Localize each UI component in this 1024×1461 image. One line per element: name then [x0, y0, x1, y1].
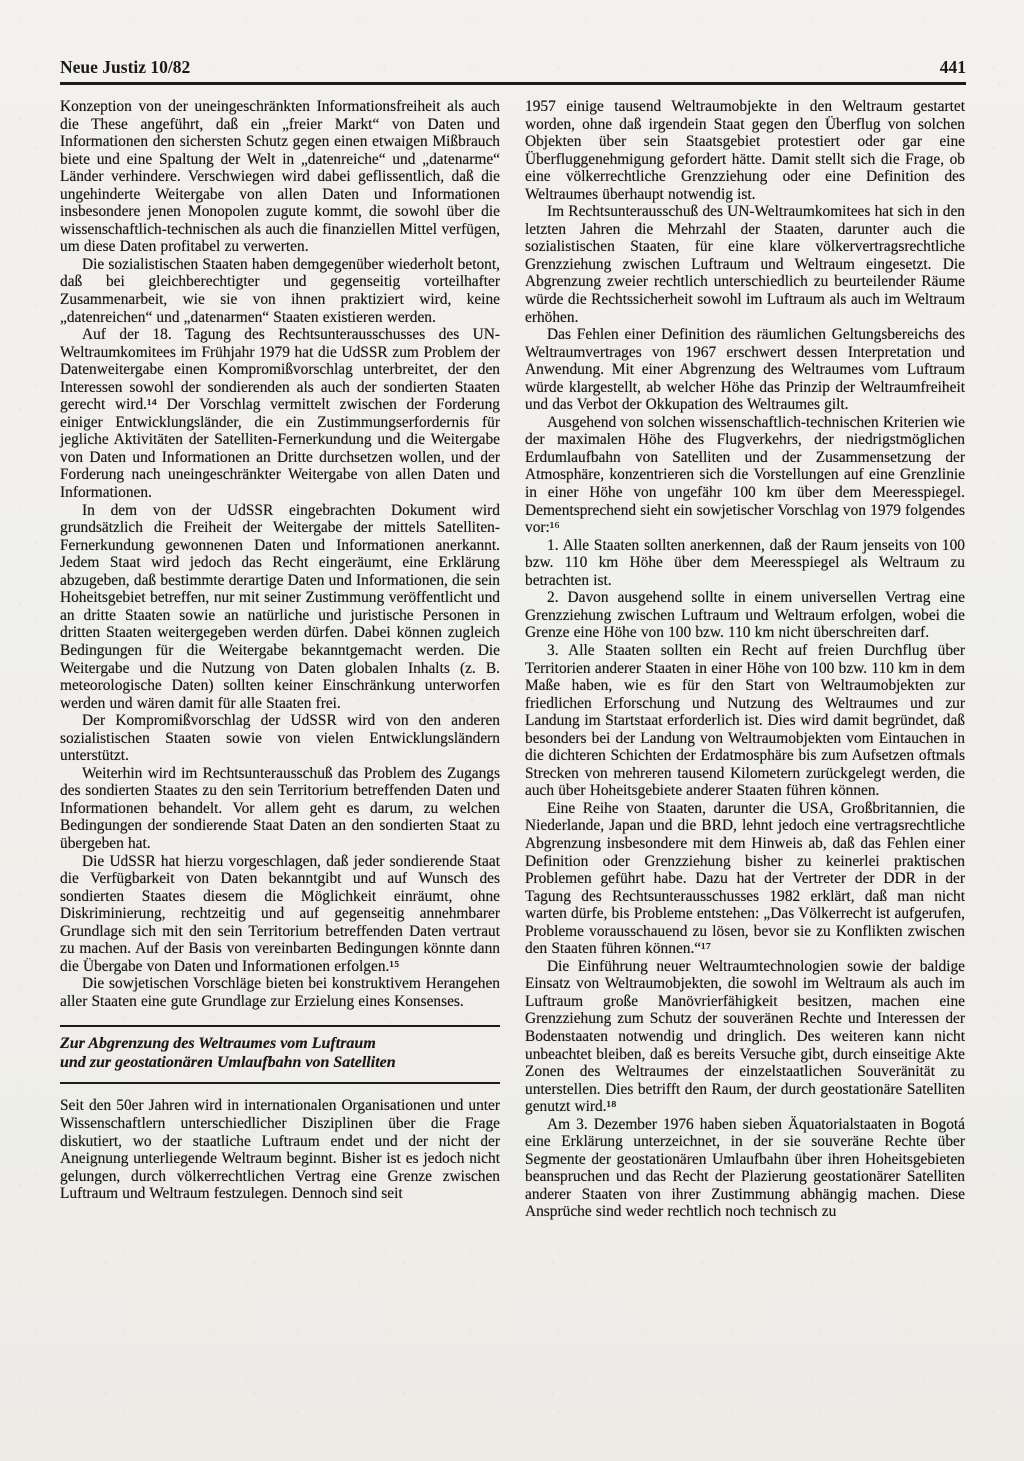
paragraph: Im Rechtsunterausschuß des UN-Weltraumko… [525, 203, 965, 326]
paragraph: Ausgehend von solchen wissenschaftlich-t… [525, 414, 965, 537]
page-header: Neue Justiz 10/82 441 [60, 56, 966, 78]
section-heading: Zur Abgrenzung des Weltraumes vom Luftra… [60, 1025, 500, 1084]
paragraph: 2. Davon ausgehend sollte in einem unive… [525, 589, 965, 642]
two-column-body: Konzeption von der uneingeschränkten Inf… [60, 98, 966, 1221]
paragraph: Weiterhin wird im Rechtsunterausschuß da… [60, 765, 500, 853]
paragraph: Die sowjetischen Vorschläge bieten bei k… [60, 975, 500, 1010]
paragraph: Der Kompromißvorschlag der UdSSR wird vo… [60, 712, 500, 765]
section-heading-line: Zur Abgrenzung des Weltraumes vom Luftra… [60, 1035, 500, 1054]
paragraph: Das Fehlen einer Definition des räumlich… [525, 326, 965, 414]
journal-title: Neue Justiz 10/82 [60, 56, 190, 78]
paragraph: In dem von der UdSSR eingebrachten Dokum… [60, 502, 500, 713]
paragraph: Am 3. Dezember 1976 haben sieben Äquator… [525, 1116, 965, 1221]
paragraph: Die UdSSR hat hierzu vorgeschlagen, daß … [60, 853, 500, 976]
page-number: 441 [940, 56, 966, 78]
paragraph: 3. Alle Staaten sollten ein Recht auf fr… [525, 642, 965, 800]
left-column: Konzeption von der uneingeschränkten Inf… [60, 98, 500, 1221]
paragraph: Die sozialistischen Staaten haben demgeg… [60, 256, 500, 326]
paragraph: Auf der 18. Tagung des Rechtsunteraussch… [60, 326, 500, 501]
page-content: Neue Justiz 10/82 441 Konzeption von der… [60, 56, 966, 1221]
section-heading-line: und zur geostationären Umlaufbahn von Sa… [60, 1054, 500, 1073]
paragraph: Eine Reihe von Staaten, darunter die USA… [525, 800, 965, 958]
header-rule [60, 82, 966, 85]
paragraph: Die Einführung neuer Weltraumtechnologie… [525, 958, 965, 1116]
paragraph: Konzeption von der uneingeschränkten Inf… [60, 98, 500, 256]
paragraph: 1957 einige tausend Weltraumobjekte in d… [525, 98, 965, 203]
journal-page: Neue Justiz 10/82 441 Konzeption von der… [0, 0, 1024, 1461]
paragraph: Seit den 50er Jahren wird in internation… [60, 1097, 500, 1202]
paragraph: 1. Alle Staaten sollten anerkennen, daß … [525, 537, 965, 590]
right-column: 1957 einige tausend Weltraumobjekte in d… [525, 98, 965, 1221]
